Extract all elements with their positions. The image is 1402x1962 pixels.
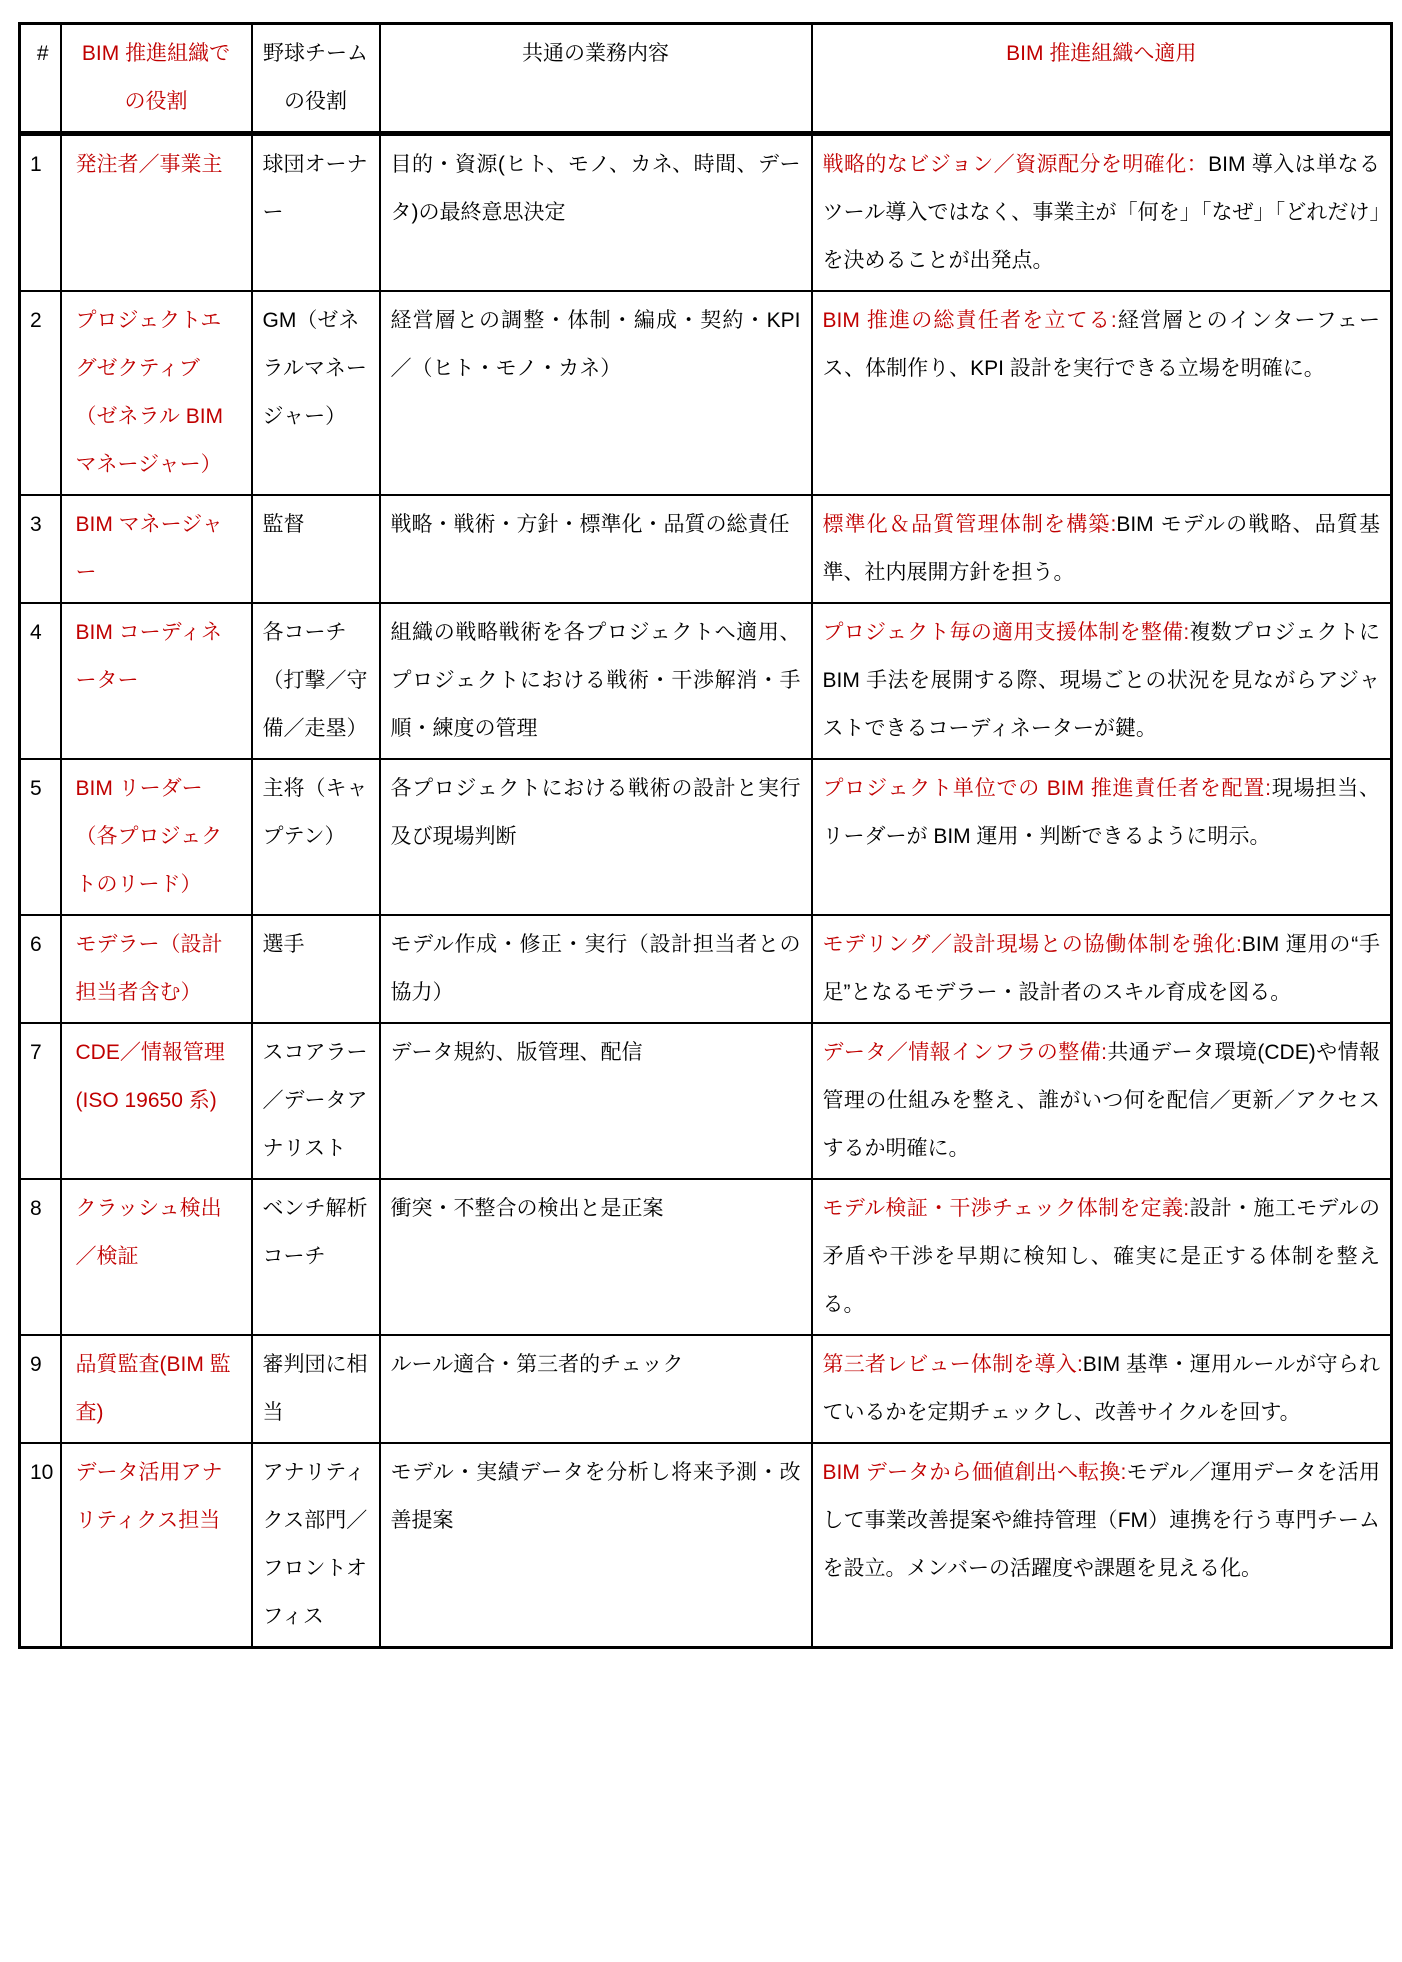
header-row: # BIM 推進組織での役割 野球チームの役割 共通の業務内容 BIM 推進組織… [20, 24, 1392, 134]
table-header: # BIM 推進組織での役割 野球チームの役割 共通の業務内容 BIM 推進組織… [20, 24, 1392, 134]
applied-lead-text: 戦略的なビジョン／資源配分を明確化： [823, 153, 1209, 176]
cell-num: 9 [20, 1335, 61, 1443]
header-num: # [20, 24, 61, 134]
cell-baseball-role: 選手 [252, 915, 380, 1023]
cell-num: 2 [20, 291, 61, 495]
cell-common-duty: ルール適合・第三者的チェック [380, 1335, 812, 1443]
table-row: 3 BIM マネージャー 監督 戦略・戦術・方針・標準化・品質の総責任 標準化＆… [20, 495, 1392, 603]
cell-baseball-role: アナリティクス部門／フロントオフィス [252, 1443, 380, 1648]
applied-lead-text: モデル検証・干渉チェック体制を定義: [823, 1197, 1190, 1220]
cell-baseball-role: GM（ゼネラルマネージャー） [252, 291, 380, 495]
applied-lead-text: 標準化＆品質管理体制を構築: [823, 513, 1117, 536]
cell-bim-role: 品質監査(BIM 監査) [61, 1335, 252, 1443]
cell-common-duty: モデル・実績データを分析し将来予測・改善提案 [380, 1443, 812, 1648]
cell-num: 10 [20, 1443, 61, 1648]
table-row: 9 品質監査(BIM 監査) 審判団に相当 ルール適合・第三者的チェック 第三者… [20, 1335, 1392, 1443]
applied-lead-text: モデリング／設計現場との協働体制を強化: [823, 933, 1242, 956]
cell-num: 8 [20, 1179, 61, 1335]
table-row: 7 CDE／情報管理(ISO 19650 系) スコアラー／データアナリスト デ… [20, 1023, 1392, 1179]
cell-baseball-role: ベンチ解析コーチ [252, 1179, 380, 1335]
cell-baseball-role: スコアラー／データアナリスト [252, 1023, 380, 1179]
cell-common-duty: 目的・資源(ヒト、モノ、カネ、時間、データ)の最終意思決定 [380, 134, 812, 292]
cell-num: 5 [20, 759, 61, 915]
cell-baseball-role: 主将（キャプテン） [252, 759, 380, 915]
cell-bim-applied: 標準化＆品質管理体制を構築:BIM モデルの戦略、品質基準、社内展開方針を担う。 [812, 495, 1392, 603]
applied-lead-text: プロジェクト単位での BIM 推進責任者を配置: [823, 777, 1271, 800]
cell-num: 3 [20, 495, 61, 603]
cell-num: 7 [20, 1023, 61, 1179]
applied-lead-text: BIM 推進の総責任者を立てる: [823, 309, 1117, 332]
applied-lead-text: プロジェクト毎の適用支援体制を整備: [823, 621, 1190, 644]
cell-bim-applied: BIM 推進の総責任者を立てる:経営層とのインターフェース、体制作り、KPI 設… [812, 291, 1392, 495]
cell-bim-applied: プロジェクト毎の適用支援体制を整備:複数プロジェクトに BIM 手法を展開する際… [812, 603, 1392, 759]
cell-bim-applied: データ／情報インフラの整備:共通データ環境(CDE)や情報管理の仕組みを整え、誰… [812, 1023, 1392, 1179]
cell-num: 6 [20, 915, 61, 1023]
cell-bim-applied: 戦略的なビジョン／資源配分を明確化：BIM 導入は単なるツール導入ではなく、事業… [812, 134, 1392, 292]
cell-common-duty: モデル作成・修正・実行（設計担当者との協力） [380, 915, 812, 1023]
table-row: 5 BIM リーダー（各プロジェクトのリード） 主将（キャプテン） 各プロジェク… [20, 759, 1392, 915]
cell-baseball-role: 球団オーナー [252, 134, 380, 292]
cell-common-duty: 各プロジェクトにおける戦術の設計と実行及び現場判断 [380, 759, 812, 915]
cell-common-duty: 戦略・戦術・方針・標準化・品質の総責任 [380, 495, 812, 603]
table-row: 2 プロジェクトエグゼクティブ（ゼネラル BIM マネージャー） GM（ゼネラル… [20, 291, 1392, 495]
cell-bim-applied: モデル検証・干渉チェック体制を定義:設計・施工モデルの矛盾や干渉を早期に検知し、… [812, 1179, 1392, 1335]
table-row: 1 発注者／事業主 球団オーナー 目的・資源(ヒト、モノ、カネ、時間、データ)の… [20, 134, 1392, 292]
applied-lead-text: BIM データから価値創出へ転換: [823, 1461, 1127, 1484]
cell-common-duty: 経営層との調整・体制・編成・契約・KPI／（ヒト・モノ・カネ） [380, 291, 812, 495]
cell-bim-applied: 第三者レビュー体制を導入:BIM 基準・運用ルールが守られているかを定期チェック… [812, 1335, 1392, 1443]
cell-bim-role: BIM リーダー（各プロジェクトのリード） [61, 759, 252, 915]
table-row: 10 データ活用アナリティクス担当 アナリティクス部門／フロントオフィス モデル… [20, 1443, 1392, 1648]
cell-num: 4 [20, 603, 61, 759]
cell-bim-role: プロジェクトエグゼクティブ（ゼネラル BIM マネージャー） [61, 291, 252, 495]
cell-bim-applied: モデリング／設計現場との協働体制を強化:BIM 運用の“手足”となるモデラー・設… [812, 915, 1392, 1023]
cell-bim-role: BIM マネージャー [61, 495, 252, 603]
cell-bim-role: CDE／情報管理(ISO 19650 系) [61, 1023, 252, 1179]
header-bim-role: BIM 推進組織での役割 [61, 24, 252, 134]
cell-baseball-role: 各コーチ（打撃／守備／走塁） [252, 603, 380, 759]
cell-baseball-role: 審判団に相当 [252, 1335, 380, 1443]
cell-bim-applied: BIM データから価値創出へ転換:モデル／運用データを活用して事業改善提案や維持… [812, 1443, 1392, 1648]
cell-num: 1 [20, 134, 61, 292]
table-body: 1 発注者／事業主 球団オーナー 目的・資源(ヒト、モノ、カネ、時間、データ)の… [20, 134, 1392, 1648]
cell-bim-role: モデラー（設計担当者含む） [61, 915, 252, 1023]
header-baseball-role: 野球チームの役割 [252, 24, 380, 134]
applied-lead-text: 第三者レビュー体制を導入: [823, 1353, 1083, 1376]
cell-common-duty: 組織の戦略戦術を各プロジェクトへ適用、プロジェクトにおける戦術・干渉解消・手順・… [380, 603, 812, 759]
cell-common-duty: データ規約、版管理、配信 [380, 1023, 812, 1179]
applied-lead-text: データ／情報インフラの整備: [823, 1041, 1107, 1064]
cell-bim-role: データ活用アナリティクス担当 [61, 1443, 252, 1648]
header-common-duty: 共通の業務内容 [380, 24, 812, 134]
cell-baseball-role: 監督 [252, 495, 380, 603]
table-row: 6 モデラー（設計担当者含む） 選手 モデル作成・修正・実行（設計担当者との協力… [20, 915, 1392, 1023]
table-row: 4 BIM コーディネーター 各コーチ（打撃／守備／走塁） 組織の戦略戦術を各プ… [20, 603, 1392, 759]
cell-bim-role: BIM コーディネーター [61, 603, 252, 759]
cell-common-duty: 衝突・不整合の検出と是正案 [380, 1179, 812, 1335]
header-bim-applied: BIM 推進組織へ適用 [812, 24, 1392, 134]
bim-baseball-roles-table: # BIM 推進組織での役割 野球チームの役割 共通の業務内容 BIM 推進組織… [18, 22, 1393, 1649]
roles-mapping-table-container: # BIM 推進組織での役割 野球チームの役割 共通の業務内容 BIM 推進組織… [0, 0, 1402, 1649]
cell-bim-role: 発注者／事業主 [61, 134, 252, 292]
cell-bim-role: クラッシュ検出／検証 [61, 1179, 252, 1335]
table-row: 8 クラッシュ検出／検証 ベンチ解析コーチ 衝突・不整合の検出と是正案 モデル検… [20, 1179, 1392, 1335]
cell-bim-applied: プロジェクト単位での BIM 推進責任者を配置:現場担当、リーダーが BIM 運… [812, 759, 1392, 915]
